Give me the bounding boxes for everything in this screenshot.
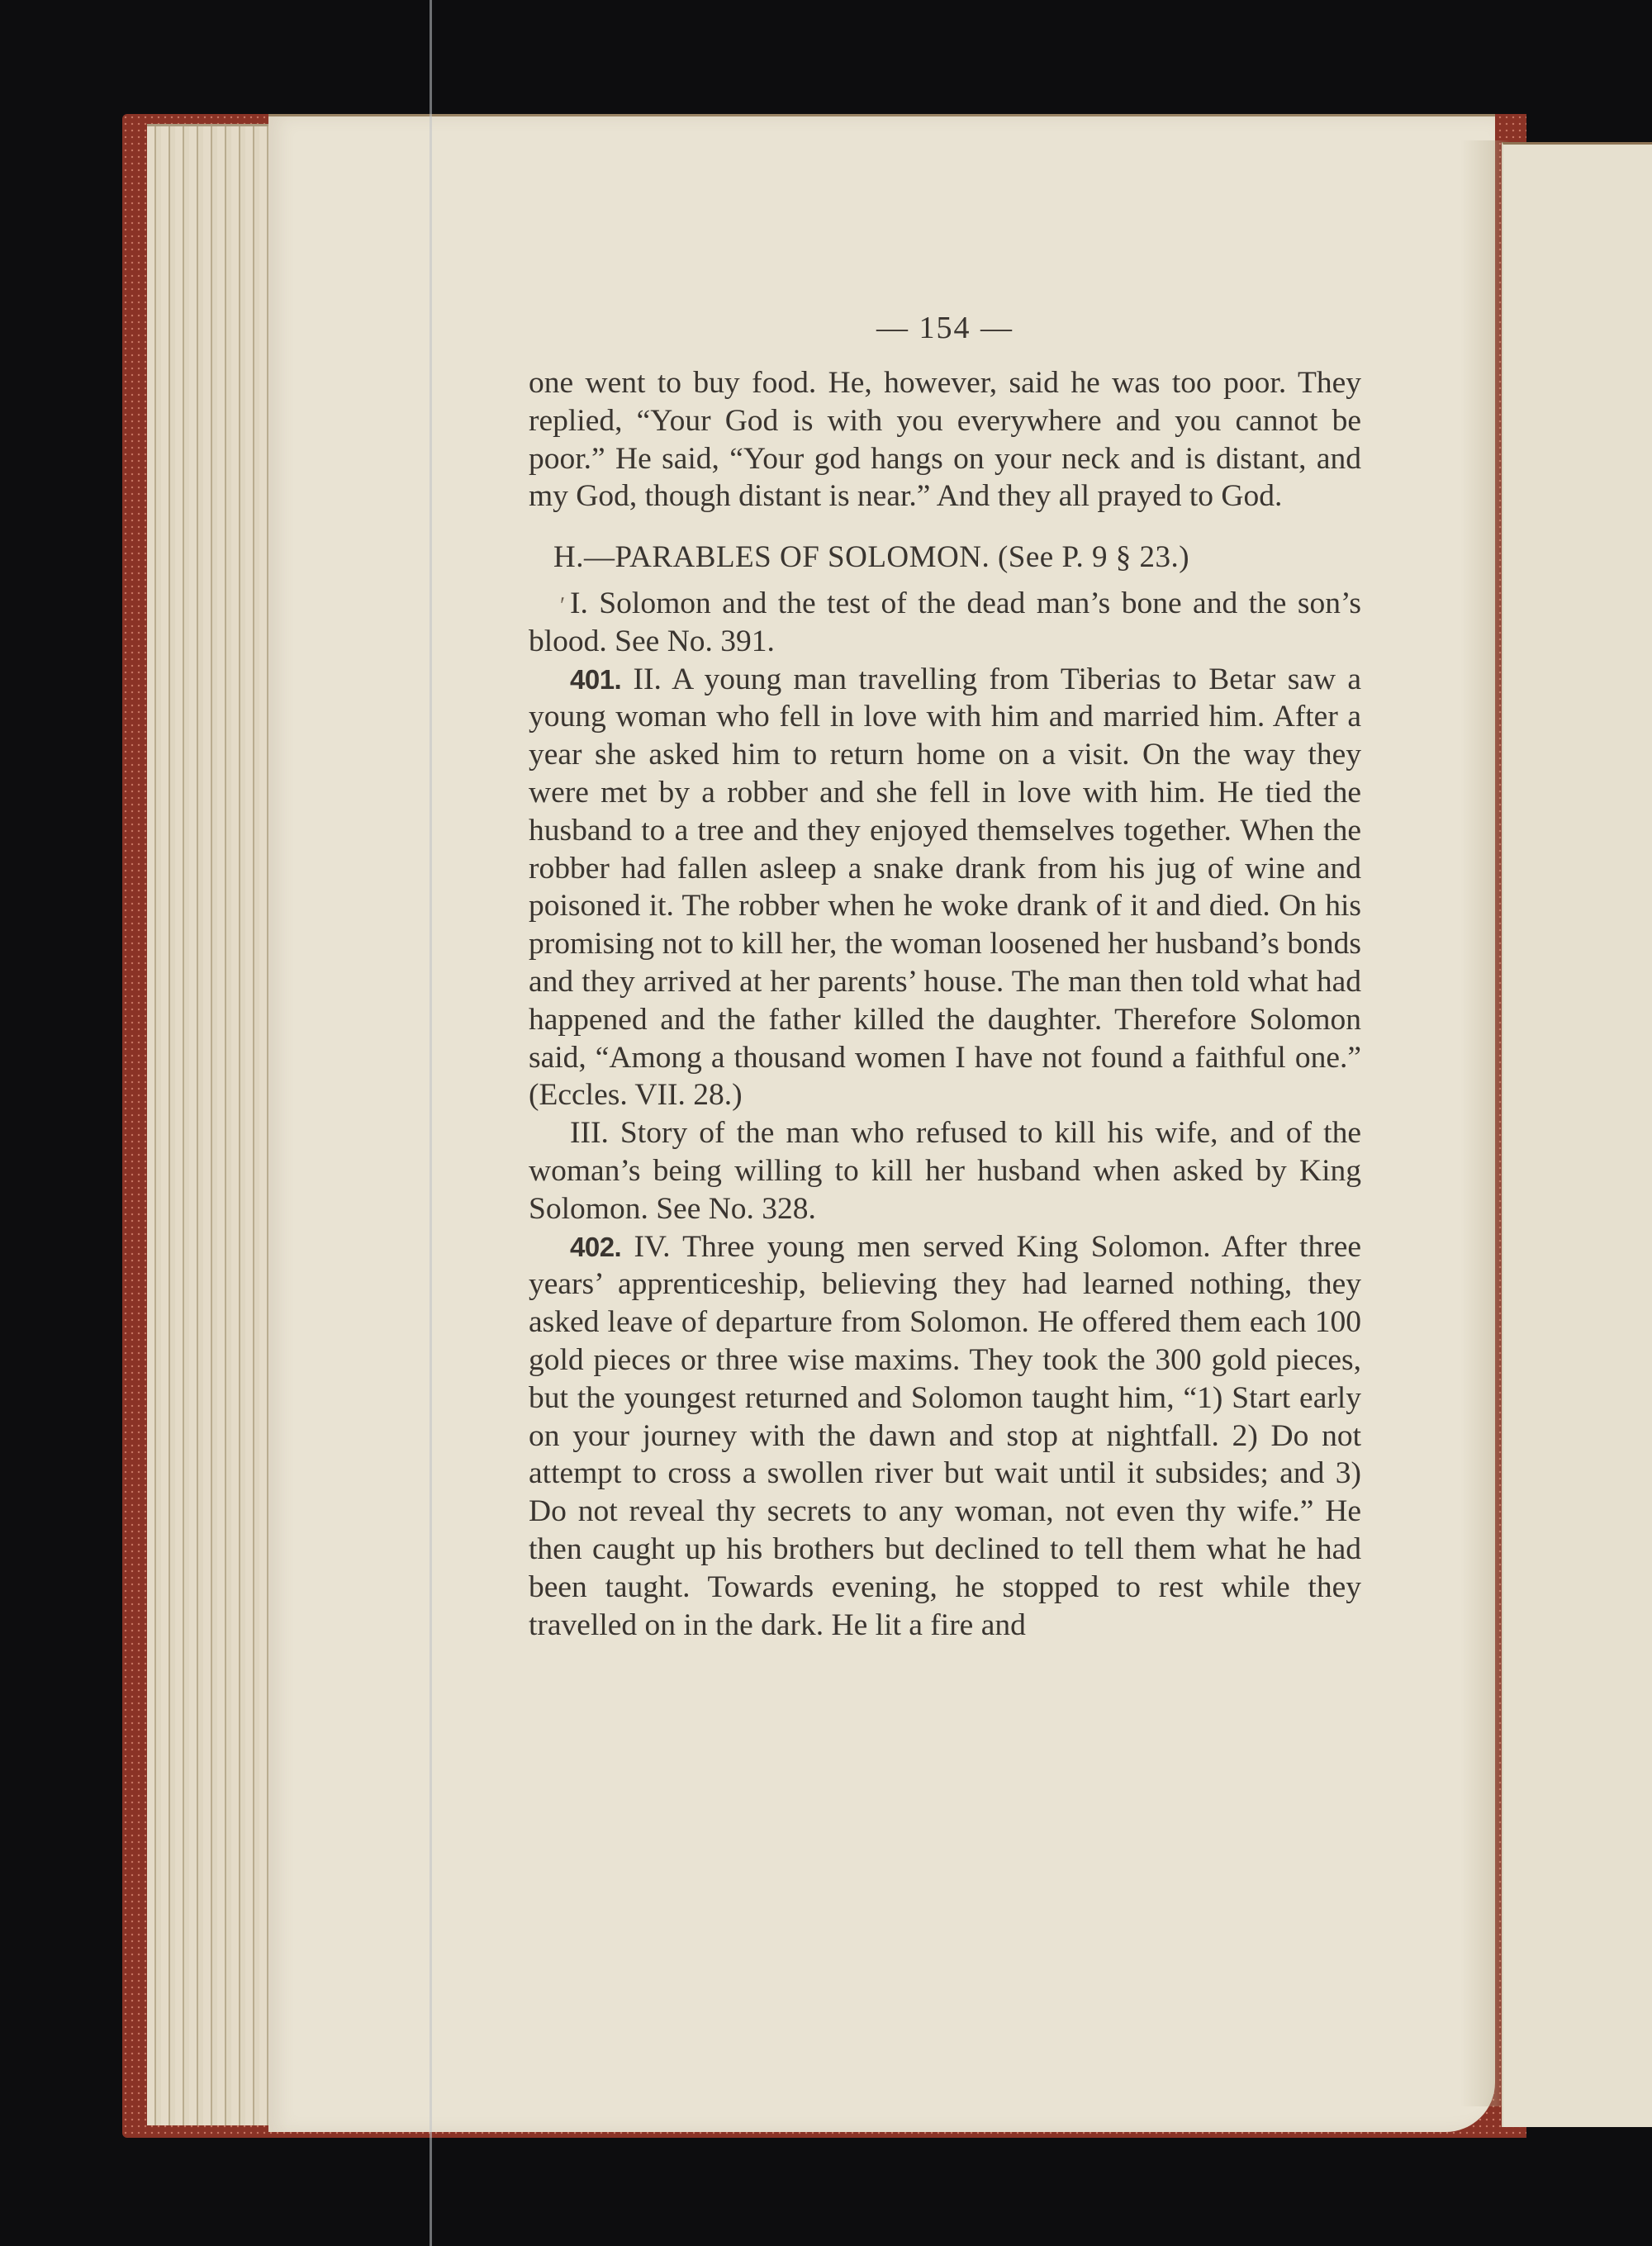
- page-number: — 154 —: [529, 310, 1361, 346]
- continuation-paragraph: one went to buy food. He, however, said …: [529, 364, 1361, 515]
- entry-text: III. Story of the man who refused to kil…: [529, 1116, 1361, 1226]
- entry-text: IV. Three young men served King Solomon.…: [529, 1230, 1361, 1642]
- entry-paragraph: 402. IV. Three young men served King Sol…: [529, 1228, 1361, 1645]
- entry-paragraph: 401. II. A young man travelling from Tib…: [529, 661, 1361, 1115]
- facing-page: [1502, 142, 1652, 2127]
- entry-number: 401.: [570, 664, 621, 695]
- entry-text: II. A young man travelling from Tiberias…: [529, 662, 1361, 1113]
- entry-text: I. Solomon and the test of the dead man’…: [529, 586, 1361, 658]
- entry-paragraph: I. Solomon and the test of the dead man’…: [529, 585, 1361, 661]
- page-edges: [147, 124, 271, 2125]
- scan-artifact-line: [430, 0, 432, 2246]
- page-text: — 154 — one went to buy food. He, howeve…: [529, 310, 1361, 1644]
- section-heading: H.—PARABLES OF SOLOMON. (See P. 9 § 23.): [529, 539, 1361, 577]
- entry-paragraph: III. Story of the man who refused to kil…: [529, 1114, 1361, 1227]
- entry-number: 402.: [570, 1232, 621, 1262]
